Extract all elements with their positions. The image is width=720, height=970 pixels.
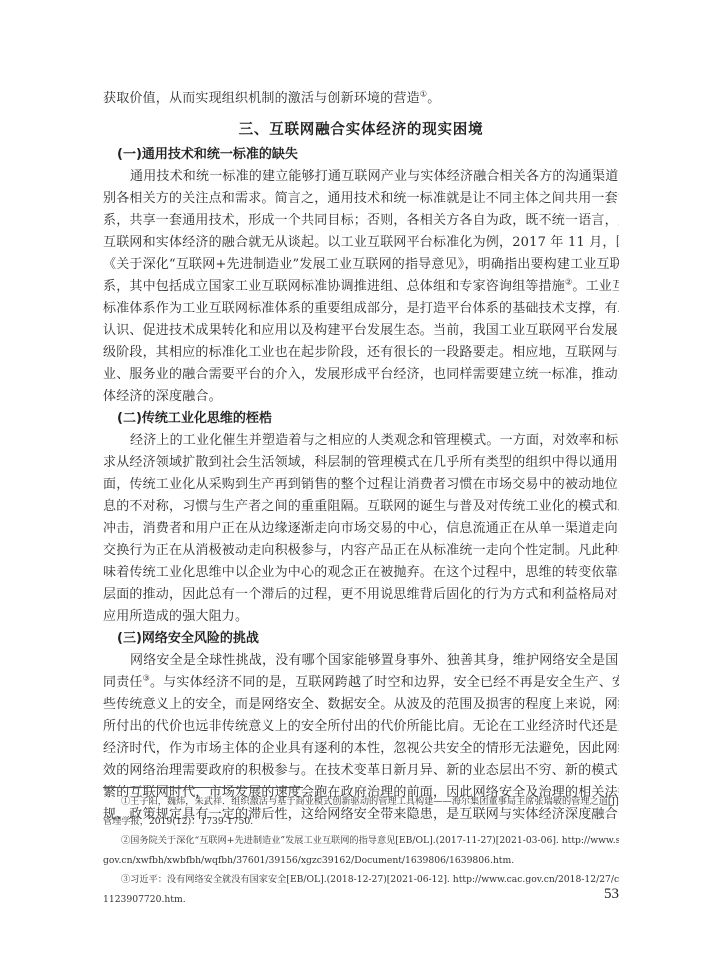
paragraph-line: 体经济的深度融合。: [103, 386, 619, 408]
paragraph-line: 标准体系作为工业互联网标准体系的重要组成部分，是打造平台体系的基础技术支撑，有助…: [103, 298, 619, 320]
line-tail: 。工业互联网平台: [572, 279, 619, 294]
paragraph-line: 经济时代，作为市场主体的企业具有逐利的本性，忽视公共安全的情形无法避免，因此网络…: [103, 738, 619, 760]
paragraph-line-with-footnote: 同责任③。与实体经济不同的是，互联网跨越了时空和边界，安全已经不再是安全生产、安…: [103, 672, 619, 694]
line-tail: 。与实体经济不同的是，互联网跨越了时空和边界，安全已经不再是安全生产、安全运输这: [150, 675, 619, 690]
paragraph-line: 应用所造成的强大阻力。: [103, 606, 619, 628]
paragraph-line: 业、服务业的融合需要平台的介入，发展形成平台经济，也同样需要建立统一标准，推动互…: [103, 364, 619, 386]
footnote-3-line-2: 1123907720.htm.: [103, 890, 619, 910]
paragraph-line: 通用技术和统一标准的建立能够打通互联网产业与实体经济融合相关各方的沟通渠道，明确…: [103, 166, 619, 188]
paragraph-line: 交换行为正在从消极被动走向积极参与，内容产品正在从标准统一走向个性定制。凡此种种…: [103, 540, 619, 562]
footnote-3-line-1: ③习近平：没有网络安全就没有国家安全[EB/OL].(2018-12-27)[2…: [103, 870, 619, 890]
paragraph-line: 冲击，消费者和用户正在从边缘逐渐走向市场交易的中心，信息流通正在从单一渠道走向四…: [103, 518, 619, 540]
intro-paragraph-tail: 获取价值，从而实现组织机制的激活与创新环境的营造①。: [103, 88, 619, 110]
paragraph-line: 息的不对称，习惯与生产者之间的重重阻隔。互联网的诞生与普及对传统工业化的模式和思…: [103, 496, 619, 518]
paragraph-line: 别各相关方的关注点和需求。简言之，通用技术和统一标准就是让不同主体之间共用一套话…: [103, 188, 619, 210]
paragraph-line: 求从经济领域扩散到社会生活领域，科层制的管理模式在几乎所有类型的组织中得以通用；…: [103, 452, 619, 474]
paragraph-line: 级阶段，其相应的标准化工业也在起步阶段，还有很长的一段路要走。相应地，互联网与农…: [103, 342, 619, 364]
paragraph-line: 系，共享一套通用技术，形成一个共同目标；否则，各相关方各自为政，既不统一语言，又…: [103, 210, 619, 232]
subsection-heading-3: (三)网络安全风险的挑战: [103, 628, 619, 650]
footnote-1-line-1: ①王子阳，魏炜，朱武祥．组织激活与基于商业模式创新驱动的管理工具构建——海尔集团…: [103, 792, 619, 812]
page-number: 53: [604, 886, 619, 903]
footnote-ref-3[interactable]: ③: [143, 674, 150, 683]
paragraph-line-with-footnote: 系，其中包括成立国家工业互联网标准协调推进组、总体组和专家咨询组等措施②。工业互…: [103, 276, 619, 298]
paragraph-line: 《关于深化“互联网+先进制造业”发展工业互联网的指导意见》，明确指出要构建工业互…: [103, 254, 619, 276]
paragraph-line: 认识、促进技术成果转化和应用以及构建平台发展生态。当前，我国工业互联网平台发展尚…: [103, 320, 619, 342]
paragraph-line: 网络安全是全球性挑战，没有哪个国家能够置身事外、独善其身，维护网络安全是国际社会…: [103, 650, 619, 672]
footnote-divider: [103, 787, 303, 788]
intro-end: 。: [427, 91, 440, 106]
paragraph-line: 效的网络治理需要政府的积极参与。在技术变革日新月异、新的业态层出不穷、新的模式更…: [103, 760, 619, 782]
section-title: 三、互联网融合实体经济的现实困境: [103, 118, 619, 139]
paragraph-line: 些传统意义上的安全，而是网络安全、数据安全。从波及的范围及损害的程度上来说，网络…: [103, 694, 619, 716]
body-text: (一)通用技术和统一标准的缺失 通用技术和统一标准的建立能够打通互联网产业与实体…: [103, 144, 619, 826]
line-text: 同责任: [103, 675, 143, 690]
paragraph-line: 所付出的代价也远非传统意义上的安全所付出的代价所能比肩。无论在工业经济时代还是互…: [103, 716, 619, 738]
paragraph-line: 面，传统工业化从采购到生产再到销售的整个过程让消费者习惯在市场交易中的被动地位，…: [103, 474, 619, 496]
paragraph-line: 互联网和实体经济的融合就无从谈起。以工业互联网平台标准化为例，2017 年 11…: [103, 232, 619, 254]
footnote-2-line-1: ②国务院关于深化“互联网+先进制造业”发展工业互联网的指导意见[EB/OL].(…: [103, 831, 619, 851]
footnote-2-line-2: gov.cn/xwfbh/xwbfbh/wqfbh/37601/39156/xg…: [103, 851, 619, 871]
subsection-heading-2: (二)传统工业化思维的桎梏: [103, 408, 619, 430]
paragraph-line: 层面的推动，因此总有一个滞后的过程，更不用说思维背后固化的行为方式和利益格局对互…: [103, 584, 619, 606]
footnotes: ①王子阳，魏炜，朱武祥．组织激活与基于商业模式创新驱动的管理工具构建——海尔集团…: [103, 792, 619, 909]
footnote-1-line-2: 管理学报，2019(12)：1739-1750.: [103, 812, 619, 832]
subsection-heading-1: (一)通用技术和统一标准的缺失: [103, 144, 619, 166]
intro-text: 获取价值，从而实现组织机制的激活与创新环境的营造: [103, 91, 420, 106]
paragraph-line: 经济上的工业化催生并塑造着与之相应的人类观念和管理模式。一方面，对效率和标准化的…: [103, 430, 619, 452]
line-text: 系，其中包括成立国家工业互联网标准协调推进组、总体组和专家咨询组等措施: [103, 279, 565, 294]
paragraph-line: 味着传统工业化思维中以企业为中心的观念正在被抛弃。在这个过程中，思维的转变依靠的…: [103, 562, 619, 584]
